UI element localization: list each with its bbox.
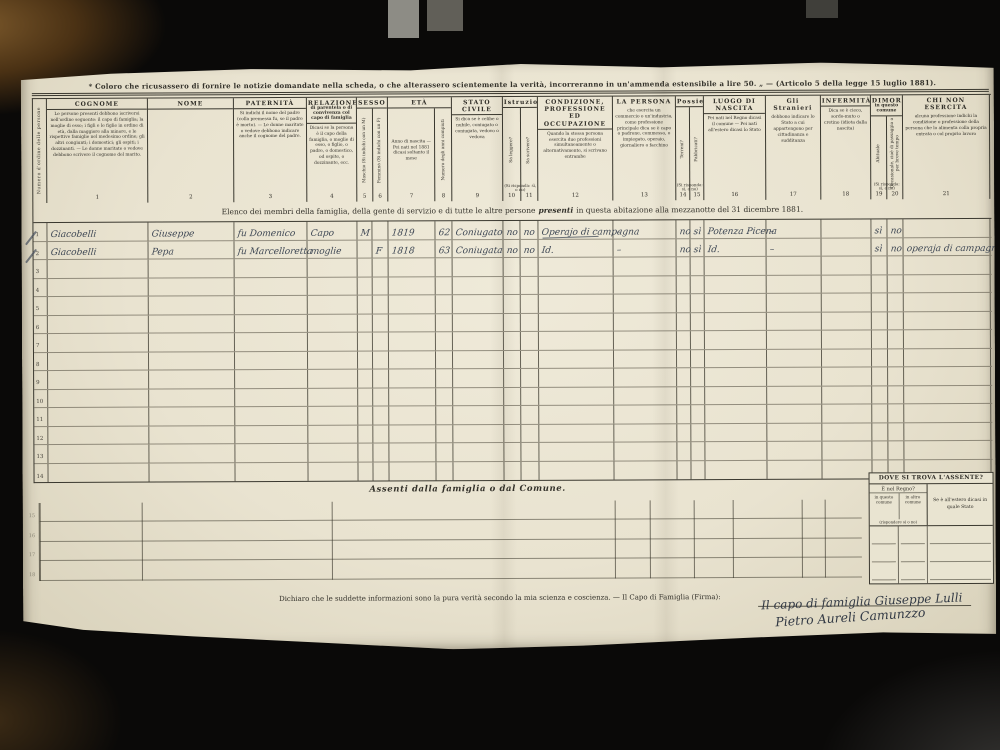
- cell-legge: [504, 276, 521, 294]
- cell-m: [358, 240, 373, 258]
- cell-cond: [539, 350, 614, 368]
- cell-anni: 63: [436, 240, 453, 258]
- cell-cond: [539, 406, 614, 424]
- header-col-nome: NOME2: [148, 98, 234, 202]
- col-number: 7: [388, 192, 434, 201]
- col-number: 10: [503, 192, 520, 201]
- dove-regno-subcols: in questo comune in altro comune: [870, 493, 927, 519]
- cell-anno: 1818: [389, 240, 436, 258]
- cell-fabbricati: sì: [690, 220, 704, 238]
- subtitle-pre: Elenco dei membri della famiglia, della …: [222, 206, 536, 216]
- cell-rownum: 13: [34, 445, 48, 463]
- cell-persona: [614, 368, 677, 386]
- cell-anno: [389, 314, 436, 332]
- cell-persona: [614, 387, 677, 405]
- cell-persona: [614, 461, 677, 480]
- cell-nome: [149, 463, 235, 482]
- cell-persona: [614, 350, 677, 368]
- cell-m: [358, 259, 373, 277]
- cell-stato: [453, 258, 504, 276]
- cell-legge: [504, 350, 521, 368]
- cell-scrive: [521, 295, 539, 313]
- cell-m: [358, 444, 373, 462]
- handwritten-entry: Giuseppe: [148, 230, 195, 240]
- header-col-dimora: DIMORAin questo comuneAbituale19Occasion…: [871, 95, 903, 199]
- col-label: Possiede: [676, 96, 703, 107]
- cell-m: [358, 333, 373, 351]
- cell-scrive: [521, 443, 539, 461]
- handwritten-entry: no: [676, 228, 691, 238]
- blank-rule-line: [901, 526, 925, 544]
- cell-cognome: [48, 260, 149, 278]
- dove-col-altro: [899, 526, 928, 583]
- col-desc: Si dica se è celibe o nubile, coniugato …: [452, 115, 502, 192]
- cell-luogo: [705, 442, 767, 460]
- cell-fabbricati: [691, 331, 705, 349]
- cell-stato: Coniugata: [453, 240, 504, 258]
- cell-anni: [436, 369, 453, 387]
- cell-persona: [614, 405, 677, 423]
- cell-anno: [389, 388, 436, 406]
- cell-abituale: [872, 404, 888, 422]
- cell-cognome: [48, 463, 149, 482]
- header-col-stranieri: Gli Stranieridebbono indicare lo Stato a…: [766, 96, 821, 200]
- col-label: LA PERSONA: [613, 96, 675, 106]
- row-number: 14: [35, 475, 44, 483]
- subcol-label: Sa scrivere?: [526, 137, 531, 164]
- dove-regno-cell: È nel Regno? in questo comune in altro c…: [870, 484, 928, 525]
- cell-cond: [539, 443, 614, 461]
- col-label: COGNOME: [47, 99, 147, 111]
- cell-anni: [436, 351, 453, 369]
- cell-relazione: [308, 314, 358, 332]
- cell-stato: [453, 351, 504, 369]
- cell-occasionale: [888, 423, 904, 441]
- cell-infermita: [822, 460, 872, 479]
- subtitle-post: in questa abitazione alla mezzanotte del…: [576, 205, 803, 215]
- cell-persona: [614, 442, 677, 460]
- handwritten-entry: Coniugata: [452, 247, 503, 257]
- cell-nome: [149, 333, 235, 351]
- handwritten-entry: 62: [435, 229, 450, 239]
- cell-stranieri: [767, 460, 822, 479]
- blank-rule-line: [930, 562, 991, 580]
- cell-anni: 62: [435, 221, 452, 239]
- cell-luogo: [705, 294, 767, 312]
- cell-rownum: 4: [34, 279, 48, 297]
- photograph-background: * Coloro che ricusassero di fornire le n…: [0, 0, 1000, 750]
- handwritten-entry: moglie: [307, 248, 342, 258]
- cell-relazione: [308, 370, 358, 388]
- handwritten-entry: –: [766, 246, 775, 256]
- cell-terreni: [677, 257, 691, 275]
- cell-stato: [453, 277, 504, 295]
- cell-f: [373, 407, 389, 425]
- cell-fabbricati: [691, 424, 705, 442]
- blank-rule-line: [930, 526, 991, 544]
- cell-occasionale: [888, 441, 904, 459]
- cell-chinon: [904, 311, 991, 329]
- cell-legge: no: [503, 221, 520, 239]
- cell-fabbricati: [691, 276, 705, 294]
- cell-cognome: [48, 426, 149, 444]
- cell-nome: [149, 352, 235, 370]
- cell-terreni: [677, 387, 691, 405]
- cell-paternita: [235, 370, 308, 388]
- row-number: 7: [34, 344, 40, 352]
- handwritten-entry: –: [613, 247, 622, 257]
- cell-infermita: [822, 275, 872, 293]
- cell-scrive: [521, 258, 539, 276]
- cell-chinon: [904, 330, 991, 348]
- cell-nome: [149, 370, 235, 388]
- dove-box-body: [870, 526, 993, 584]
- cell-paternita: [235, 351, 308, 369]
- cell-anno: [389, 462, 436, 481]
- cell-stato: [453, 425, 504, 443]
- cell-stato: [453, 314, 504, 332]
- header-col-sesso: SESSOMaschio (Si indichi con un M)5Femmi…: [357, 98, 388, 202]
- cell-anni: [436, 295, 453, 313]
- cell-relazione: [308, 333, 358, 351]
- cell-anno: [389, 277, 436, 295]
- cell-cognome: [48, 315, 149, 333]
- col-number: 12: [538, 192, 612, 201]
- cell-persona: [614, 313, 677, 331]
- cell-stranieri: [767, 294, 822, 312]
- blank-rule-line: [872, 562, 896, 580]
- cell-abituale: [872, 349, 888, 367]
- cell-m: [358, 370, 373, 388]
- dove-questo-comune: in questo comune: [870, 493, 899, 519]
- handwritten-entry: no: [520, 228, 535, 238]
- col-number: 8: [436, 192, 452, 201]
- col-label: INFERMITÀ: [821, 95, 870, 106]
- cell-chinon: [904, 404, 991, 422]
- cell-stranieri: [767, 368, 822, 386]
- row-number: 12: [34, 437, 43, 445]
- handwritten-entry: no: [503, 228, 518, 238]
- cell-scrive: no: [520, 221, 538, 239]
- col-desc: alcuna professione indichi la condizione…: [903, 112, 989, 190]
- handwritten-entry: 63: [435, 247, 450, 257]
- cell-anni: [436, 425, 453, 443]
- cell-stranieri: [767, 275, 822, 293]
- blank-rule-line: [901, 544, 925, 562]
- cell-terreni: [677, 331, 691, 349]
- col-label: RELAZIONEdi parentela o di convivenza co…: [307, 98, 356, 124]
- header-col-cond: CONDIZIONE, PROFESSIONE ED OCCUPAZIONEQu…: [538, 97, 613, 201]
- subcol-label: Sa leggere?: [509, 137, 514, 163]
- col-desc: debbono indicare lo Stato a cui apparten…: [766, 113, 820, 191]
- cell-occasionale: [888, 330, 904, 348]
- subcol-anni: Numero degli anni compiuti8: [434, 108, 451, 201]
- subcol-f: Femmina (Si indichi con un F)6: [371, 109, 387, 202]
- cell-fabbricati: [691, 350, 705, 368]
- cell-relazione: [308, 296, 358, 314]
- handwritten-entry: fu Marcelloretta: [234, 248, 313, 258]
- cell-luogo: [705, 405, 767, 423]
- cell-anno: [389, 425, 436, 443]
- col-label: SESSO: [357, 98, 387, 109]
- col-desc: Pei nati nel Regno dicasi il comune — Pe…: [704, 114, 765, 191]
- cell-cognome: [48, 389, 149, 407]
- cell-nome: Pepa: [149, 241, 235, 259]
- table-body-slot: 1GiacobelliGiuseppefu DomenicoCapoM18196…: [33, 219, 992, 482]
- col-number: 2: [148, 193, 233, 202]
- cell-stranieri: [767, 423, 822, 441]
- cell-relazione: [308, 425, 358, 443]
- cell-persona: [614, 257, 677, 275]
- handwritten-entry: F: [372, 248, 382, 258]
- handwritten-entry: fu Domenico: [234, 229, 296, 239]
- cell-f: [373, 259, 389, 277]
- col-label: Gli Stranieri: [766, 96, 820, 114]
- cell-f: [373, 425, 389, 443]
- header-col-età: ETÀAnno di nascita — Pei nati nel 1881 d…: [388, 97, 452, 201]
- cell-terreni: [677, 350, 691, 368]
- cell-fabbricati: [691, 387, 705, 405]
- dove-altro-comune: in altro comune: [898, 493, 927, 519]
- subcol-label: Femmina (Si indichi con un F): [377, 118, 382, 184]
- cell-scrive: [521, 406, 539, 424]
- cell-rownum: 12: [34, 427, 48, 445]
- row-number: 3: [34, 270, 40, 278]
- row-number: 15: [29, 513, 35, 519]
- cell-occasionale: [888, 367, 904, 385]
- handwritten-entry: Id.: [538, 247, 554, 257]
- cell-scrive: [521, 461, 539, 480]
- col-number: 4: [307, 193, 356, 202]
- cell-paternita: [235, 444, 308, 462]
- cell-persona: [614, 424, 677, 442]
- cell-terreni: [677, 461, 691, 480]
- dove-col-estero: [928, 526, 993, 583]
- col-number: 9: [452, 192, 502, 201]
- col-label: Numero d'ordine delle persone: [37, 107, 43, 194]
- cell-chinon: [904, 367, 991, 385]
- row-number: 17: [29, 552, 35, 558]
- census-table: Numero d'ordine delle personeCOGNOMELe p…: [32, 94, 993, 483]
- cell-anno: [389, 258, 436, 276]
- cell-paternita: [235, 425, 308, 443]
- cell-cognome: [48, 408, 149, 426]
- cell-chinon: [904, 256, 991, 274]
- blank-rule-line: [901, 562, 925, 580]
- handwritten-entry: no: [887, 227, 902, 237]
- cell-paternita: fu Domenico: [234, 222, 307, 240]
- handwritten-entry: sì: [690, 228, 702, 238]
- col-number: 14: [676, 191, 690, 200]
- row-number: 13: [34, 455, 43, 463]
- cell-luogo: Id.: [704, 238, 766, 256]
- cell-rownum: 8: [34, 353, 48, 371]
- cell-luogo: [705, 460, 767, 479]
- header-col-cognome: COGNOMELe persone presenti debbono iscri…: [47, 99, 148, 203]
- dove-estero-cell: Se è all'estero dicasi in quale Stato: [928, 484, 993, 525]
- handwritten-entry: sì: [690, 246, 702, 256]
- col-desc: Dica se è cieco, sordo-muto o cretino (i…: [821, 107, 870, 191]
- cell-infermita: [822, 367, 872, 385]
- cell-stato: [453, 332, 504, 350]
- cell-abituale: [872, 312, 888, 330]
- respond-note: (Si risponda: sì, o no): [503, 184, 537, 192]
- cell-paternita: fu Marcelloretta: [235, 240, 308, 258]
- cell-luogo: [705, 368, 767, 386]
- header-col-stato: STATO CIVILESi dica se è celibe o nubile…: [452, 97, 503, 201]
- cell-stato: [453, 462, 504, 481]
- cell-terreni: [677, 442, 691, 460]
- cell-stranieri: [767, 442, 822, 460]
- cell-anni: [436, 332, 453, 350]
- cell-chinon: [904, 348, 991, 366]
- subcol-label: Occasionale, cioè di passaggio o per bre…: [890, 117, 901, 189]
- blank-rule-line: [872, 526, 896, 544]
- cell-anno: [389, 406, 436, 424]
- dove-box-title: DOVE SI TROVA L'ASSENTE?: [870, 473, 993, 485]
- cell-anno: [389, 443, 436, 461]
- row-number: 5: [34, 307, 40, 315]
- cell-f: [373, 444, 389, 462]
- absent-section-rows: 15161718: [39, 499, 862, 581]
- cell-paternita: [235, 333, 308, 351]
- handwritten-entry: operaja di campagna: [903, 245, 1000, 255]
- cell-paternita: [235, 462, 308, 481]
- cell-legge: [504, 258, 521, 276]
- cell-abituale: sì: [871, 219, 887, 237]
- cell-cond: Id.: [539, 239, 614, 257]
- cell-stato: [453, 406, 504, 424]
- cell-m: [358, 407, 373, 425]
- cell-infermita: [822, 312, 872, 330]
- col-label: STATO CIVILE: [452, 97, 502, 116]
- cell-anno: [389, 295, 436, 313]
- cell-stranieri: [767, 405, 822, 423]
- cell-m: [358, 388, 373, 406]
- subcol-label: Numero degli anni compiuti: [441, 120, 446, 181]
- respond-note: (Si risponda: sì, o no): [676, 183, 703, 191]
- row-number: 16: [29, 533, 35, 539]
- cell-relazione: Capo: [307, 222, 357, 240]
- cell-chinon: [904, 441, 991, 459]
- cell-legge: [504, 369, 521, 387]
- cell-stato: [453, 388, 504, 406]
- background-reflection: [388, 0, 419, 38]
- cell-stranieri: [767, 312, 822, 330]
- cell-fabbricati: [691, 405, 705, 423]
- cell-abituale: [872, 293, 888, 311]
- cell-stranieri: –: [766, 238, 821, 256]
- absent-row: 18: [40, 558, 862, 581]
- cell-relazione: moglie: [308, 240, 358, 258]
- cell-terreni: no: [676, 220, 690, 238]
- cell-occasionale: [888, 404, 904, 422]
- col-number: 3: [234, 193, 306, 202]
- cell-m: [358, 462, 373, 481]
- cell-cond: [539, 461, 614, 480]
- header-col-chinon: CHI NON ESERCITAalcuna professione indic…: [903, 95, 990, 199]
- subcol-label: Fabbricati?: [694, 137, 699, 162]
- subcol-label: Anno di nascita — Pei nati nel 1881 dica…: [388, 139, 434, 162]
- cell-occasionale: no: [887, 219, 903, 237]
- cell-rownum: 11: [34, 408, 48, 426]
- handwritten-entry: 1818: [388, 247, 415, 257]
- cell-occasionale: [888, 349, 904, 367]
- cell-rownum: 7: [34, 334, 48, 352]
- handwritten-entry: Pepa: [148, 248, 174, 258]
- cell-luogo: [705, 312, 767, 330]
- cell-cognome: [48, 297, 149, 315]
- cell-infermita: [822, 293, 872, 311]
- cell-occasionale: [888, 293, 904, 311]
- cell-m: [358, 277, 373, 295]
- table-header: Numero d'ordine delle personeCOGNOMELe p…: [33, 95, 991, 203]
- col-desc: che esercita un commercio o un'industria…: [613, 106, 675, 191]
- col-label: PATERNITÀ: [234, 98, 306, 110]
- subcol-label: Abituale: [876, 144, 881, 162]
- cell-stranieri: [767, 386, 822, 404]
- cell-abituale: sì: [871, 238, 887, 256]
- dove-respond-note: (rispondere sì o no): [870, 519, 927, 525]
- cell-chinon: [904, 274, 991, 292]
- background-reflection: [427, 0, 463, 31]
- cell-cond: Operajo di campagna: [538, 221, 613, 239]
- cell-m: M: [357, 222, 372, 240]
- cell-occasionale: [888, 386, 904, 404]
- cell-abituale: [872, 386, 888, 404]
- respond-note: (Si risponda: sì, o no): [871, 182, 902, 190]
- cell-relazione: [308, 351, 358, 369]
- cell-relazione: [308, 407, 358, 425]
- header-col-possiede: PossiedeTerreni?14Fabbricati?15(Si rispo…: [676, 96, 704, 200]
- cell-legge: [504, 332, 521, 350]
- cell-anni: [436, 406, 453, 424]
- row-number: 11: [34, 418, 43, 426]
- cell-infermita: [822, 386, 872, 404]
- col-label: CHI NON ESERCITA: [903, 95, 989, 113]
- cell-m: [358, 351, 373, 369]
- cell-stranieri: [767, 349, 822, 367]
- cell-infermita: [822, 349, 872, 367]
- cell-stranieri: [767, 257, 822, 275]
- cell-terreni: [677, 405, 691, 423]
- col-number: 21: [903, 190, 989, 199]
- col-desc: Quando la stessa persona esercita due pr…: [538, 129, 612, 192]
- table-header-slot: Numero d'ordine delle personeCOGNOMELe p…: [33, 95, 991, 203]
- cell-terreni: [677, 294, 691, 312]
- cell-persona: [614, 294, 677, 312]
- cell-rownum: 5: [34, 297, 48, 315]
- cell-anno: [389, 351, 436, 369]
- col-desc: Si indichi il nome del padre (colla prem…: [234, 109, 306, 193]
- subcol-label: Maschio (Si indichi con un M): [362, 118, 367, 183]
- where-is-absent-box: DOVE SI TROVA L'ASSENTE? È nel Regno? in…: [869, 472, 994, 585]
- header-col-relazione: RELAZIONEdi parentela o di convivenza co…: [307, 98, 357, 202]
- cell-chinon: [903, 219, 990, 237]
- cell-luogo: [705, 257, 767, 275]
- cell-legge: [504, 295, 521, 313]
- declaration-line: Dichiaro che le suddette informazioni so…: [279, 593, 721, 603]
- handwritten-entry: no: [887, 245, 902, 255]
- cell-abituale: [872, 330, 888, 348]
- row-number: 4: [34, 289, 40, 297]
- handwritten-entry: Giacobelli: [47, 230, 97, 240]
- cell-abituale: [872, 275, 888, 293]
- cell-chinon: operaja di campagna: [903, 237, 990, 255]
- cell-stato: Coniugato: [452, 221, 503, 239]
- handwritten-entry: no: [676, 246, 691, 256]
- handwritten-entry: Capo: [307, 229, 334, 239]
